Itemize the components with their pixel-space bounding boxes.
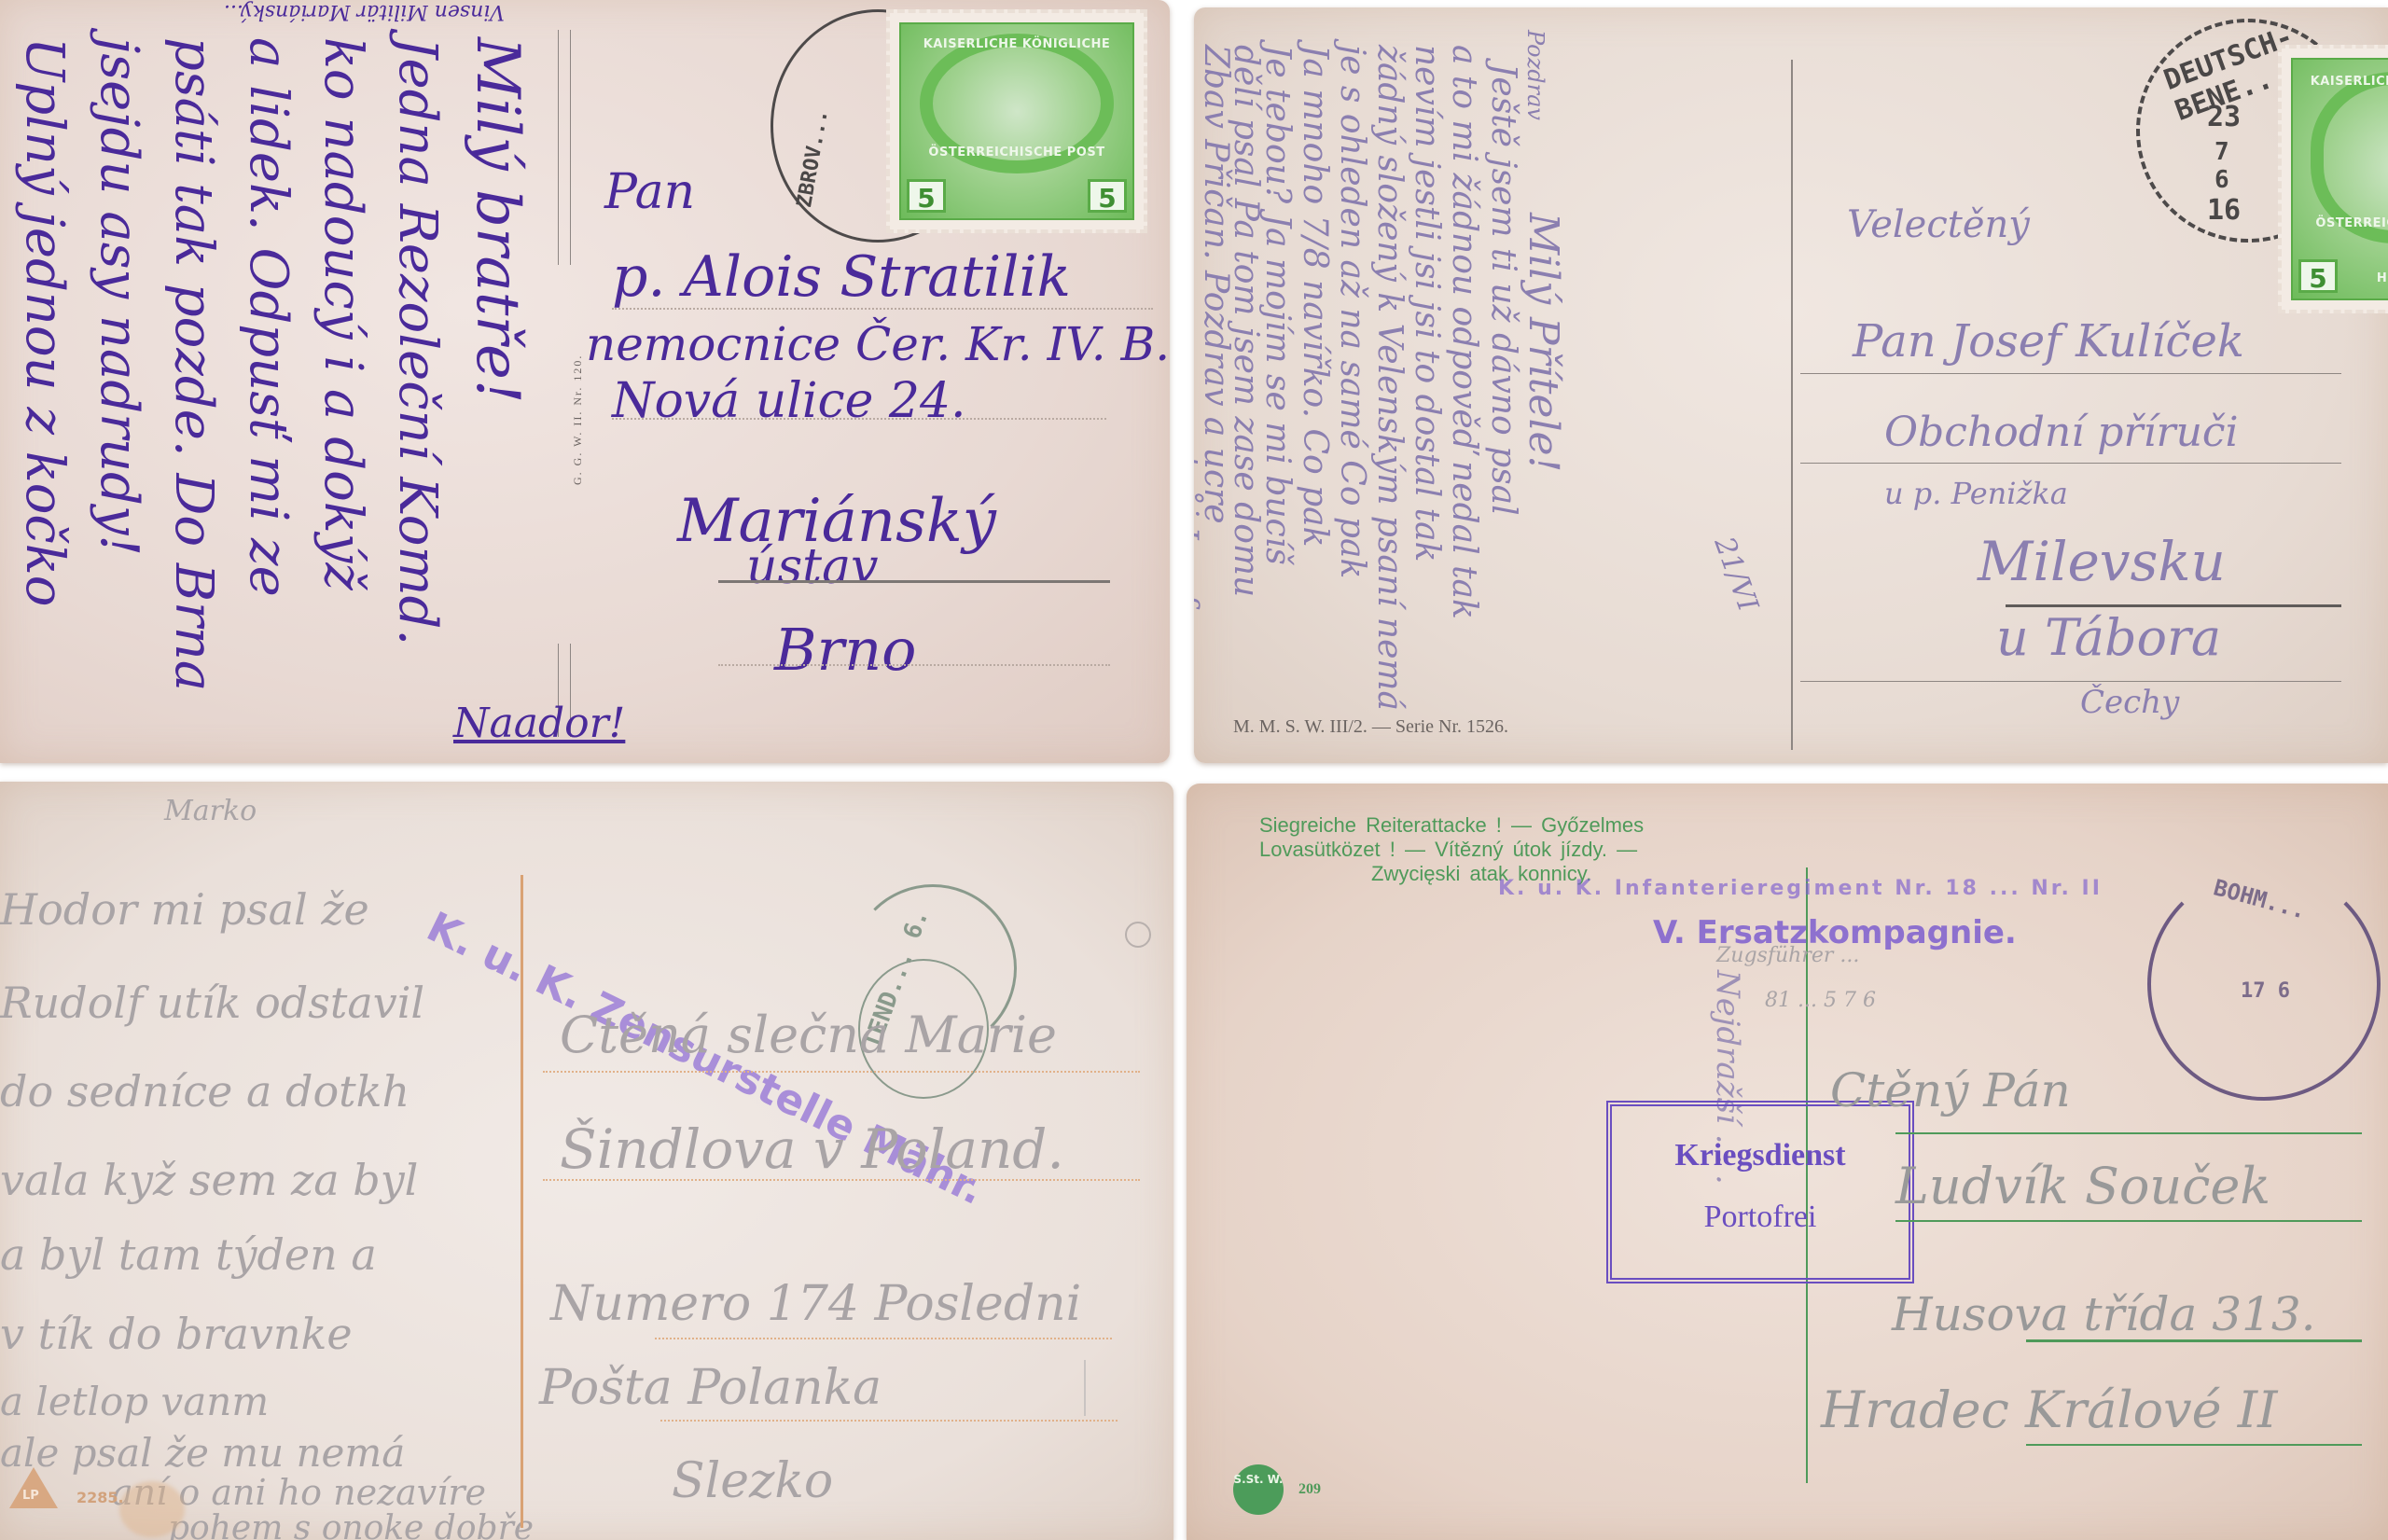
postcard-top-right: Milý Přítele! Ještě jsem ti už dávno psa…	[1194, 7, 2388, 763]
letter-line: jsejdu asy nadrudy!	[89, 37, 149, 556]
field-post-line-2: Portofrei	[1612, 1200, 1909, 1235]
letter-line: Rudolf utík odstavil	[0, 978, 424, 1028]
letter-line: Uplný jednou z kočko	[14, 37, 75, 606]
address-name: Ctěná slečna Marie	[560, 1006, 1057, 1064]
stamp-legend-top: KAISERLICHE KÖNIGLICHE	[901, 37, 1132, 51]
letter-line: žádný složený k Velenským psaní nemá	[1370, 45, 1409, 711]
postmark-hour: 6	[2214, 166, 2229, 194]
postmark-date: 17 6	[2241, 979, 2290, 1003]
address-line-4: Pošta Polanka	[539, 1360, 882, 1416]
postcard-top-left: Milý bratře! Jedna Rezoleční Komd. ko na…	[0, 0, 1170, 763]
letter-line: Ja mnoho 7/8 navířko. Co pak	[1296, 45, 1334, 547]
letter-line: a to mi žádnou odpověď nedal tak	[1445, 45, 1483, 619]
card-divider	[1791, 60, 1793, 750]
letter-line: a byl tam týden a	[0, 1229, 377, 1280]
printer-mark: G. G. W. II. Nr. 120.	[571, 354, 585, 485]
address-line	[1800, 681, 2341, 682]
address-salutation: Pan	[604, 164, 695, 220]
address-city: Hradec Králové II	[1821, 1380, 2277, 1439]
address-line-3: u p. Penižka	[1884, 476, 2068, 511]
stamp-value-left: 5	[907, 179, 946, 213]
address-line-5: Slezko	[672, 1453, 833, 1509]
printer-mark: M. M. S. W. III/2. — Serie Nr. 1526.	[1233, 716, 1508, 738]
regiment-stamp: K. u. K. Infanterieregiment Nr. 18 ... N…	[1498, 877, 2103, 900]
address-line	[543, 1071, 1140, 1073]
address-city: Brno	[774, 616, 916, 684]
stamp-value-right: 5	[1088, 179, 1127, 213]
printer-mark: 2285.	[76, 1489, 124, 1506]
letter-line: ko nadoucý i a dokýž	[312, 37, 373, 590]
publisher-logo: S.St. W.	[1233, 1464, 1284, 1515]
postcard-bottom-left: Marko Hodor mi psal že Rudolf utík odsta…	[0, 782, 1173, 1540]
address-line-5: ústav	[746, 539, 878, 595]
letter-line: tvůj Josef	[1194, 455, 1205, 604]
margin-note: Pozdrav	[1522, 30, 1548, 120]
address-salutation: Velectěný	[1847, 203, 2030, 246]
stain	[119, 1481, 185, 1537]
address-line	[718, 580, 1110, 583]
field-post-box: Kriegsdienst Portofrei	[1606, 1101, 1914, 1283]
postage-stamp: KAISERLICHE KÖNIGLICHE ÖSTERREICHISCHE P…	[886, 9, 1147, 233]
caption-line: Siegreiche Reiterattacke ! — Győzelmes	[1259, 813, 1644, 838]
address-salutation: Ctěný Pán	[1830, 1063, 2071, 1117]
address-name: Pan Josef Kulíček	[1853, 315, 2244, 368]
postmark-day: 23	[2207, 101, 2241, 133]
address-line	[1800, 463, 2341, 464]
address-line	[612, 308, 1153, 310]
address-line	[1800, 373, 2341, 374]
address-line	[612, 418, 1106, 420]
pencil-top-note: Marko	[164, 795, 257, 827]
address-line	[2026, 1444, 2362, 1446]
address-line	[718, 664, 1110, 666]
address-name: p. Alois Stratilik	[612, 244, 1071, 310]
corner-hole	[1125, 922, 1151, 948]
pencil-note: 81 ... 5 7 6	[1765, 989, 1876, 1012]
date-note: 21/VI	[1707, 533, 1764, 616]
letter-line: Milý Přítele!	[1520, 213, 1567, 472]
pencil-note: Zugsführer ...	[1716, 944, 1859, 967]
letter-line: psáti tak pozde. Do Brna	[163, 37, 224, 691]
letter-line: a lidek. Odpusť mi ze	[238, 37, 298, 597]
address-line	[1895, 1132, 2362, 1134]
address-region: Čechy	[2080, 684, 2179, 721]
letter-line: Zbav Přičan. Pozdrav a ucre	[1197, 45, 1235, 524]
address-line	[543, 1179, 1140, 1181]
printer-mark: 209	[1298, 1481, 1321, 1498]
postage-stamp: KAISERLICHE KÖNIGLICHE ÖSTERREICHISCHE P…	[2278, 45, 2388, 313]
address-name: Ludvík Souček	[1895, 1157, 2270, 1215]
letter-line: pohem s onoke dobře	[168, 1509, 534, 1540]
address-line-4: Milevsku	[1978, 530, 2226, 593]
postmark-year: 16	[2207, 194, 2241, 227]
address-line	[1895, 1220, 2362, 1222]
address-line-3: Nová ulice 24.	[612, 373, 966, 429]
address-mark	[1084, 1360, 1086, 1416]
address-line-3: Numero 174 Posledni	[550, 1276, 1081, 1332]
postmark-month: 7	[2214, 138, 2229, 166]
letter-line: ale psal že mu nemá	[0, 1430, 405, 1476]
letter-line: do sedníce a dotkh	[0, 1066, 410, 1117]
stamp-legend-bottom: ÖSTERREICHISCHE POST	[2293, 216, 2388, 230]
stamp-value-center: HELLER	[2293, 271, 2388, 285]
card-divider	[558, 30, 571, 265]
letter-line: v tík do bravnke	[0, 1309, 353, 1359]
address-line-2: nemocnice Čer. Kr. IV. B.	[586, 317, 1170, 371]
address-line	[660, 1420, 1118, 1422]
letter-line: je s ohleden až na samé Co pak	[1333, 45, 1371, 578]
letter-line: nevím jestli jsi jsi to dostal tak	[1408, 45, 1446, 562]
stamp-legend-bottom: ÖSTERREICHISCHE POST	[901, 146, 1132, 160]
letter-line: Ještě jsem ti už dávno psal	[1484, 63, 1522, 516]
address-line	[2006, 604, 2341, 607]
address-line	[2026, 1339, 2362, 1342]
address-line-5: u Tábora	[1996, 608, 2221, 667]
caption-line: Lovasütközet ! — Vítězný útok jízdy. —	[1259, 838, 1637, 862]
letter-line: Milý bratře!	[463, 37, 532, 404]
top-pencil-note: Vinsen Militär Mariánský...	[224, 0, 505, 23]
stamp-legend-top: KAISERLICHE KÖNIGLICHE	[2293, 75, 2388, 89]
letter-line: Jedna Rezoleční Komd.	[387, 37, 448, 645]
address-line-2: Obchodní příruči	[1884, 409, 2239, 456]
address-line-2: Šindlova v Poland.	[560, 1117, 1064, 1181]
postcard-bottom-right: Siegreiche Reiterattacke ! — Győzelmes L…	[1187, 784, 2388, 1540]
letter-line: vala kyž sem za byl	[0, 1155, 418, 1205]
letter-line: a letlop vanm	[0, 1379, 269, 1424]
letter-line: Hodor mi psal že	[0, 884, 369, 935]
address-line-2: Husova třída 313.	[1892, 1287, 2316, 1341]
publisher-logo-text: LP	[22, 1489, 39, 1503]
address-line	[655, 1338, 1112, 1339]
postmark	[1427, 7, 1428, 8]
field-post-line-1: Kriegsdienst	[1612, 1138, 1909, 1173]
signature: Naador!	[453, 700, 625, 747]
